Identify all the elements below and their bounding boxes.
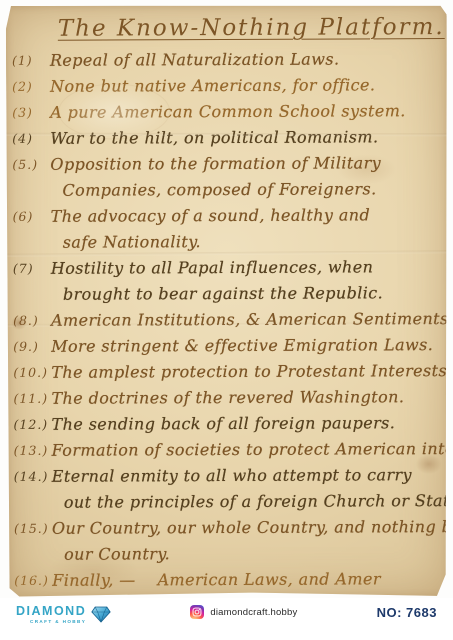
platform-item: (8.)American Institutions, & American Se… <box>11 306 448 334</box>
item-index-label: (9.) <box>11 334 51 360</box>
item-line: (9.)More stringent & effective Emigratio… <box>11 332 448 360</box>
item-text: Hostility to all Papal influences, when <box>51 254 374 281</box>
item-text: Companies, composed of Foreigners. <box>62 176 376 203</box>
item-text: Eternal enmity to all who attempt to car… <box>52 462 412 490</box>
item-index-label: (5.) <box>10 152 50 178</box>
footer-bar: DIAMOND CRAFT & HOBBY <box>0 598 453 640</box>
item-index-label: (11.) <box>11 386 51 412</box>
brand-logo: DIAMOND CRAFT & HOBBY <box>16 605 111 624</box>
document-title: The Know-Nothing Platform. <box>58 14 447 42</box>
item-index-label: (2) <box>10 74 50 100</box>
item-continuation-line: out the principles of a foreign Church o… <box>12 488 449 516</box>
paper-crease <box>6 133 447 136</box>
item-line: (14.)Eternal enmity to all who attempt t… <box>12 462 449 490</box>
item-text: The amplest protection to Protestant Int… <box>51 358 449 386</box>
item-line: (11.)The doctrines of the revered Washin… <box>11 384 448 412</box>
item-line: (13.)Formation of societies to protect A… <box>12 436 449 464</box>
platform-item: (10.)The amplest protection to Protestan… <box>11 358 448 386</box>
item-line: (1)Repeal of all Naturalization Laws. <box>10 46 447 74</box>
item-text: Our Country, our whole Country, and noth… <box>52 514 449 542</box>
paper-stain <box>11 316 27 330</box>
item-index-label: (10.) <box>11 360 51 386</box>
platform-item: (11.)The doctrines of the revered Washin… <box>11 384 448 412</box>
item-continuation-line: brought to bear against the Republic. <box>11 280 448 308</box>
item-index-label: (6) <box>11 204 51 230</box>
brand-name: DIAMOND <box>16 605 86 618</box>
item-text: The sending back of all foreign paupers. <box>51 410 395 437</box>
scanned-page: The Know-Nothing Platform. (1)Repeal of … <box>0 0 453 640</box>
item-index-label: (1) <box>10 48 50 74</box>
item-text: out the principles of a foreign Church o… <box>64 488 449 516</box>
item-text: The advocacy of a sound, healthy and <box>51 202 371 229</box>
item-index-label: (13.) <box>12 438 52 464</box>
item-index-label: (12.) <box>11 412 51 438</box>
diamond-icon <box>91 606 111 623</box>
item-text: Opposition to the formation of Military <box>50 150 381 177</box>
paper-stain <box>416 454 442 474</box>
embossed-seal <box>58 83 170 139</box>
item-line: (12.)The sending back of all foreign pau… <box>11 410 448 438</box>
paper-stain <box>336 154 396 184</box>
platform-item: (7)Hostility to all Papal influences, wh… <box>11 254 448 308</box>
catalog-number: NO: 7683 <box>377 605 437 620</box>
manuscript-paper: The Know-Nothing Platform. (1)Repeal of … <box>6 4 450 599</box>
platform-item: (14.)Eternal enmity to all who attempt t… <box>12 462 449 516</box>
instagram-handle: diamondcraft.hobby <box>210 607 297 618</box>
instagram-icon <box>190 605 204 619</box>
platform-item: (9.)More stringent & effective Emigratio… <box>11 332 448 360</box>
item-text: American Institutions, & American Sentim… <box>51 306 449 334</box>
item-index-label: (16.) <box>12 568 52 594</box>
item-text: brought to bear against the Republic. <box>63 280 383 307</box>
item-line: (10.)The amplest protection to Protestan… <box>11 358 448 386</box>
item-index-label: (7) <box>11 256 51 282</box>
item-line: (6)The advocacy of a sound, healthy and <box>11 202 448 230</box>
item-line: (8.)American Institutions, & American Se… <box>11 306 448 334</box>
item-index-label: (14.) <box>12 464 52 490</box>
platform-item: (12.)The sending back of all foreign pau… <box>11 410 448 438</box>
item-line: (15.)Our Country, our whole Country, and… <box>12 514 449 542</box>
paper-stain <box>48 550 138 590</box>
platform-item: (6)The advocacy of a sound, healthy ands… <box>11 202 448 256</box>
item-text: The doctrines of the revered Washington. <box>51 384 404 412</box>
item-index-label: (15.) <box>12 516 52 542</box>
item-index-label: (3) <box>10 100 50 126</box>
platform-item: (1)Repeal of all Naturalization Laws. <box>10 46 447 74</box>
platform-item: (13.)Formation of societies to protect A… <box>12 436 449 464</box>
item-index-label: (4) <box>10 126 50 152</box>
instagram-handle-row: diamondcraft.hobby <box>190 605 297 619</box>
brand-subtitle: CRAFT & HOBBY <box>30 620 86 625</box>
item-text: Formation of societies to protect Americ… <box>52 436 450 464</box>
brand-text: DIAMOND CRAFT & HOBBY <box>16 605 86 624</box>
item-text: Repeal of all Naturalization Laws. <box>50 47 340 74</box>
item-text: More stringent & effective Emigration La… <box>51 332 433 360</box>
item-line: (7)Hostility to all Papal influences, wh… <box>11 254 448 282</box>
